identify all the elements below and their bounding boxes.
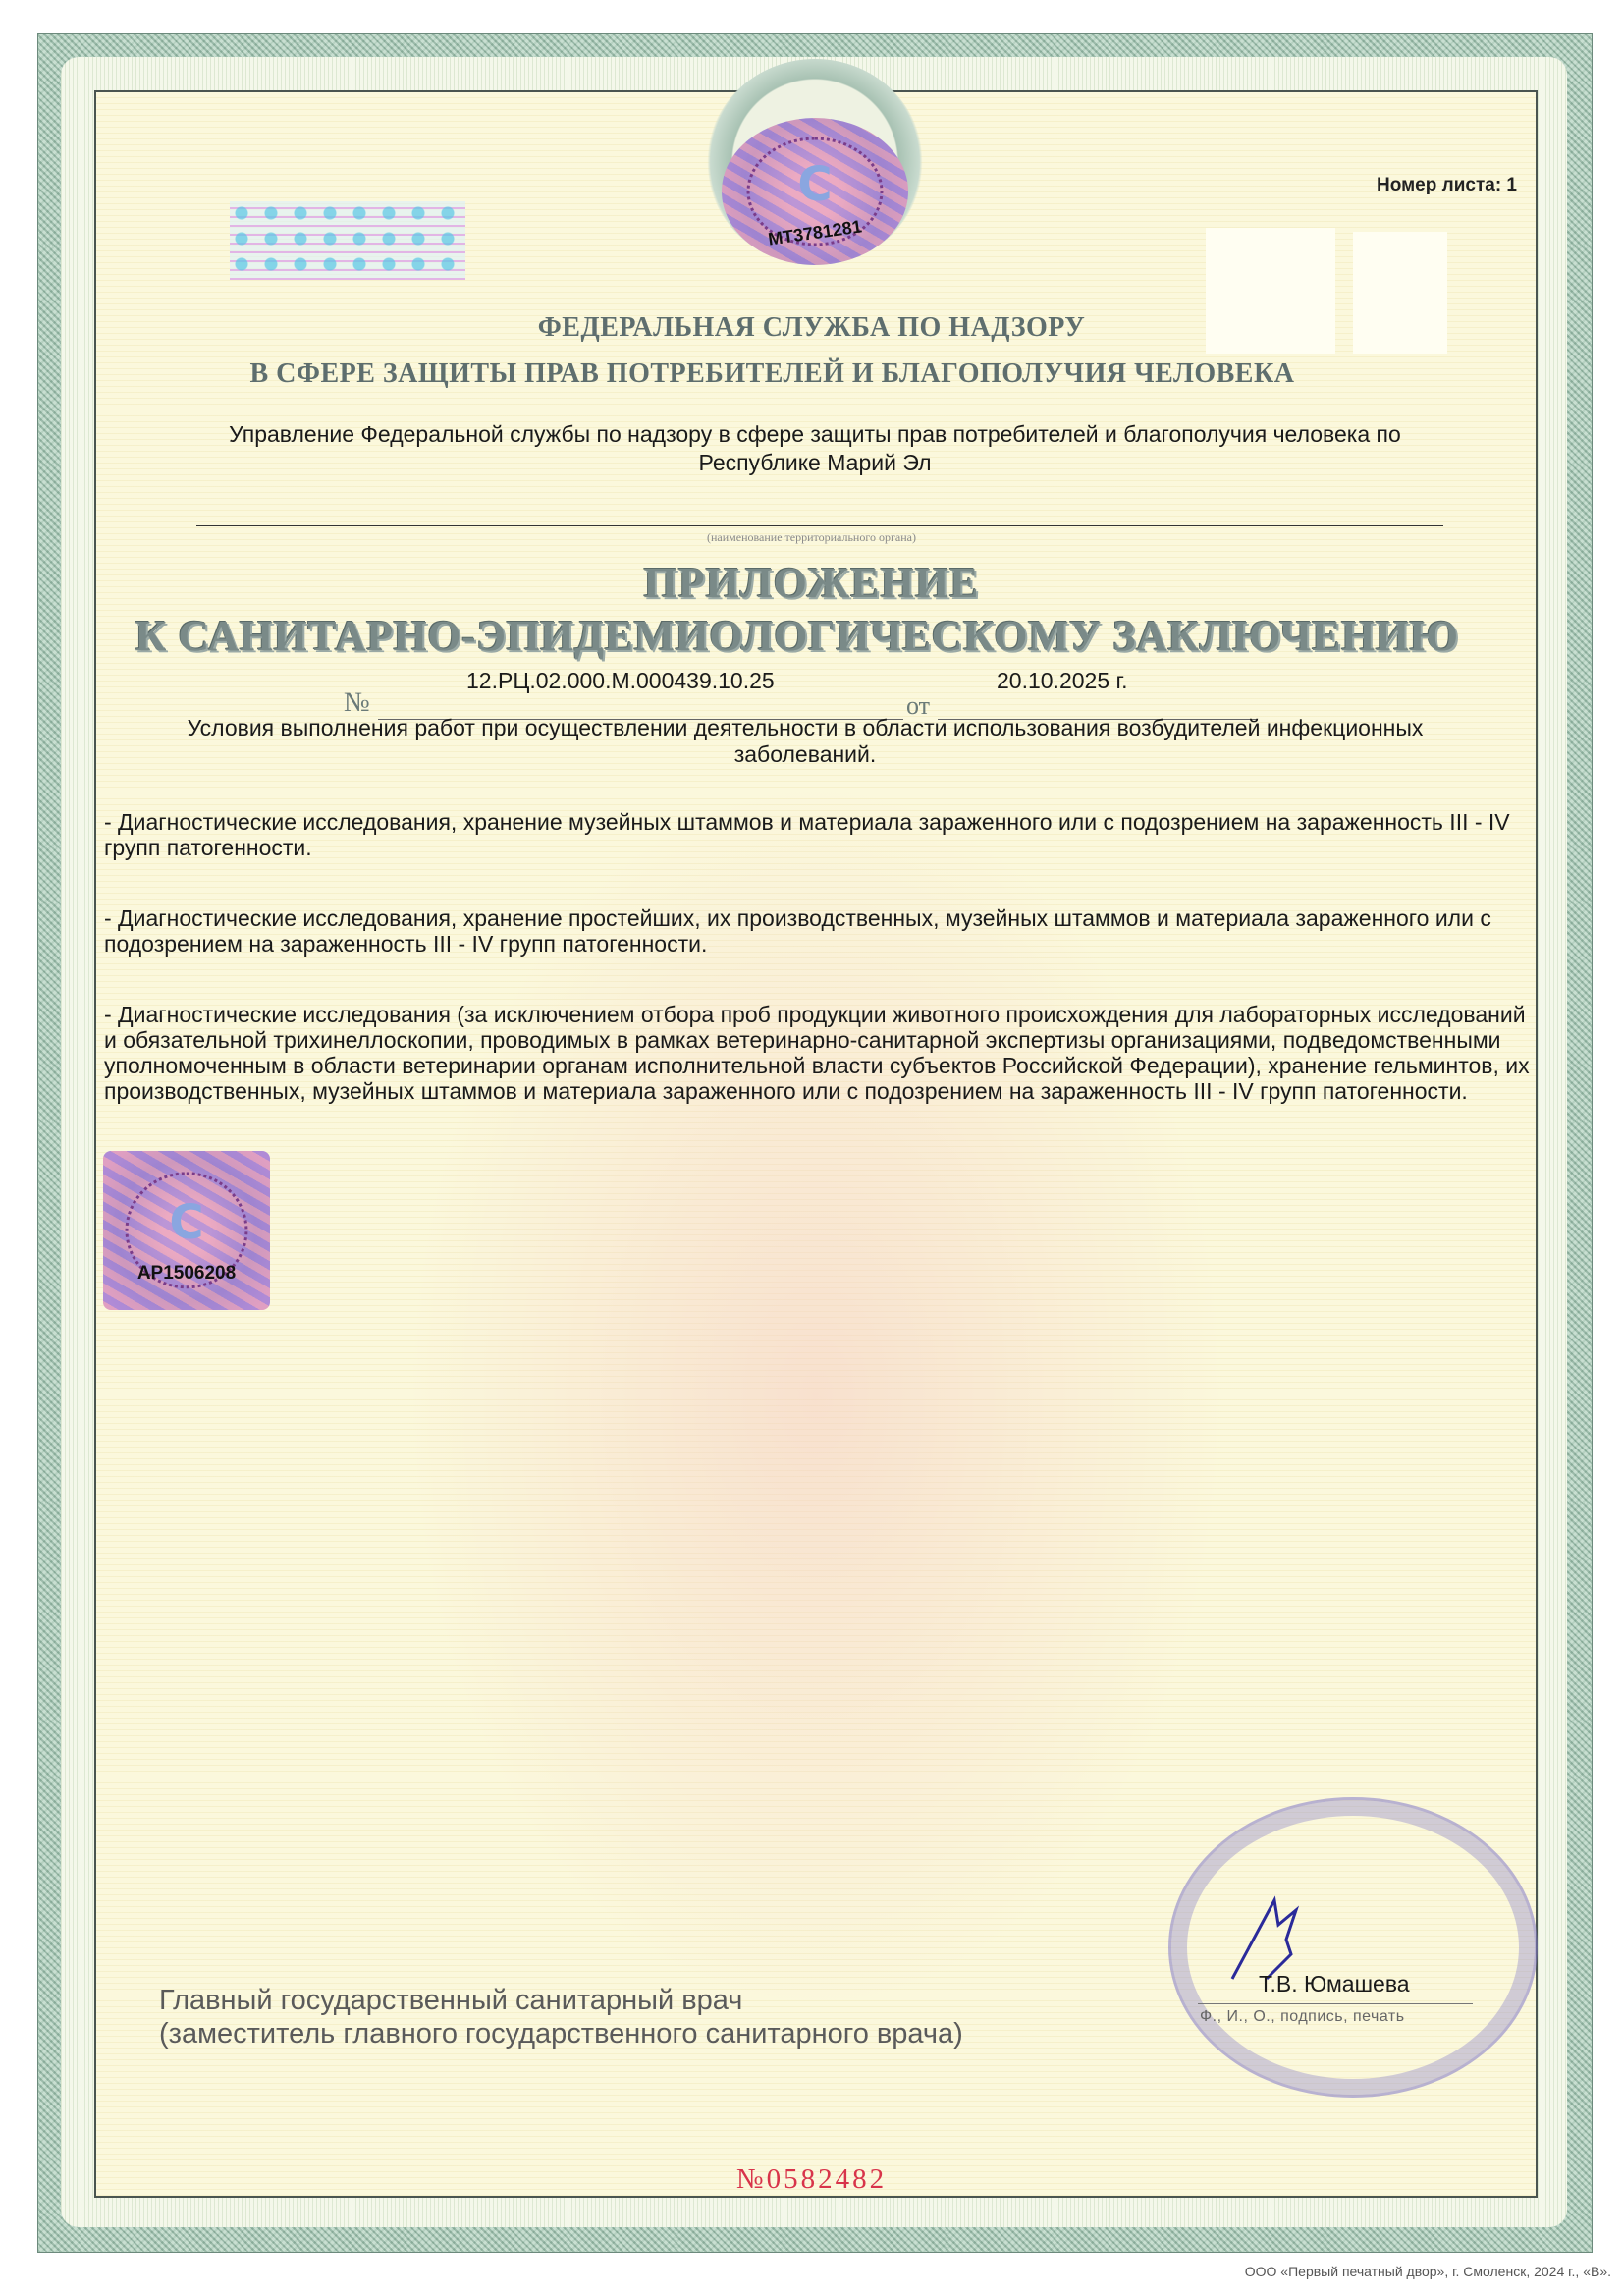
signer-position: Главный государственный санитарный врач … (159, 1984, 963, 2050)
certificate-date: 20.10.2025 г. (997, 668, 1127, 694)
territorial-department: Управление Федеральной службы по надзору… (167, 420, 1463, 477)
signer-name: Т.В. Юмашева (1259, 1971, 1410, 1997)
signature-caption: Ф., И., О., подпись, печать (1200, 2008, 1405, 2026)
department-caption: (наименование территориального органа) (0, 530, 1623, 545)
agency-name-line-2: В СФЕРЕ ЗАЩИТЫ ПРАВ ПОТРЕБИТЕЛЕЙ И БЛАГО… (0, 358, 1584, 390)
sheet-number: Номер листа: 1 (1377, 175, 1517, 196)
certificate-number: 12.РЦ.02.000.М.000439.10.25 (466, 668, 775, 694)
signature-line (1198, 2003, 1473, 2004)
list-item: - Диагностические исследования, хранение… (104, 905, 1540, 957)
document-subtitle: К САНИТАРНО-ЭПИДЕМИОЛОГИЧЕСКОМУ ЗАКЛЮЧЕН… (0, 611, 1608, 661)
document-title: ПРИЛОЖЕНИЕ (0, 558, 1623, 608)
list-item: - Диагностические исследования, хранение… (104, 809, 1540, 860)
signer-position-line-2: (заместитель главного государственного с… (159, 2017, 963, 2050)
hologram-c-icon: C (169, 1195, 203, 1250)
agency-name-line-1: ФЕДЕРАЛЬНАЯ СЛУЖБА ПО НАДЗОРУ (0, 312, 1623, 344)
hologram-seal-left: C AP1506208 (103, 1151, 270, 1310)
hologram-c-icon: C (797, 157, 832, 212)
activities-list: - Диагностические исследования, хранение… (104, 809, 1540, 1149)
list-item: - Диагностические исследования (за исклю… (104, 1002, 1540, 1104)
handwritten-signature-icon (1227, 1871, 1345, 1984)
conditions-heading: Условия выполнения работ при осуществлен… (118, 715, 1492, 768)
hologram-serial-left: AP1506208 (137, 1263, 236, 1285)
hologram-seal-top: C MT3781281 (722, 118, 908, 265)
form-serial-number: №0582482 (0, 2163, 1623, 2196)
security-microprint (230, 201, 465, 280)
divider (196, 525, 1443, 526)
printer-imprint: ООО «Первый печатный двор», г. Смоленск,… (1245, 2264, 1611, 2279)
official-stamp (1168, 1797, 1538, 2098)
signer-position-line-1: Главный государственный санитарный врач (159, 1984, 963, 2017)
